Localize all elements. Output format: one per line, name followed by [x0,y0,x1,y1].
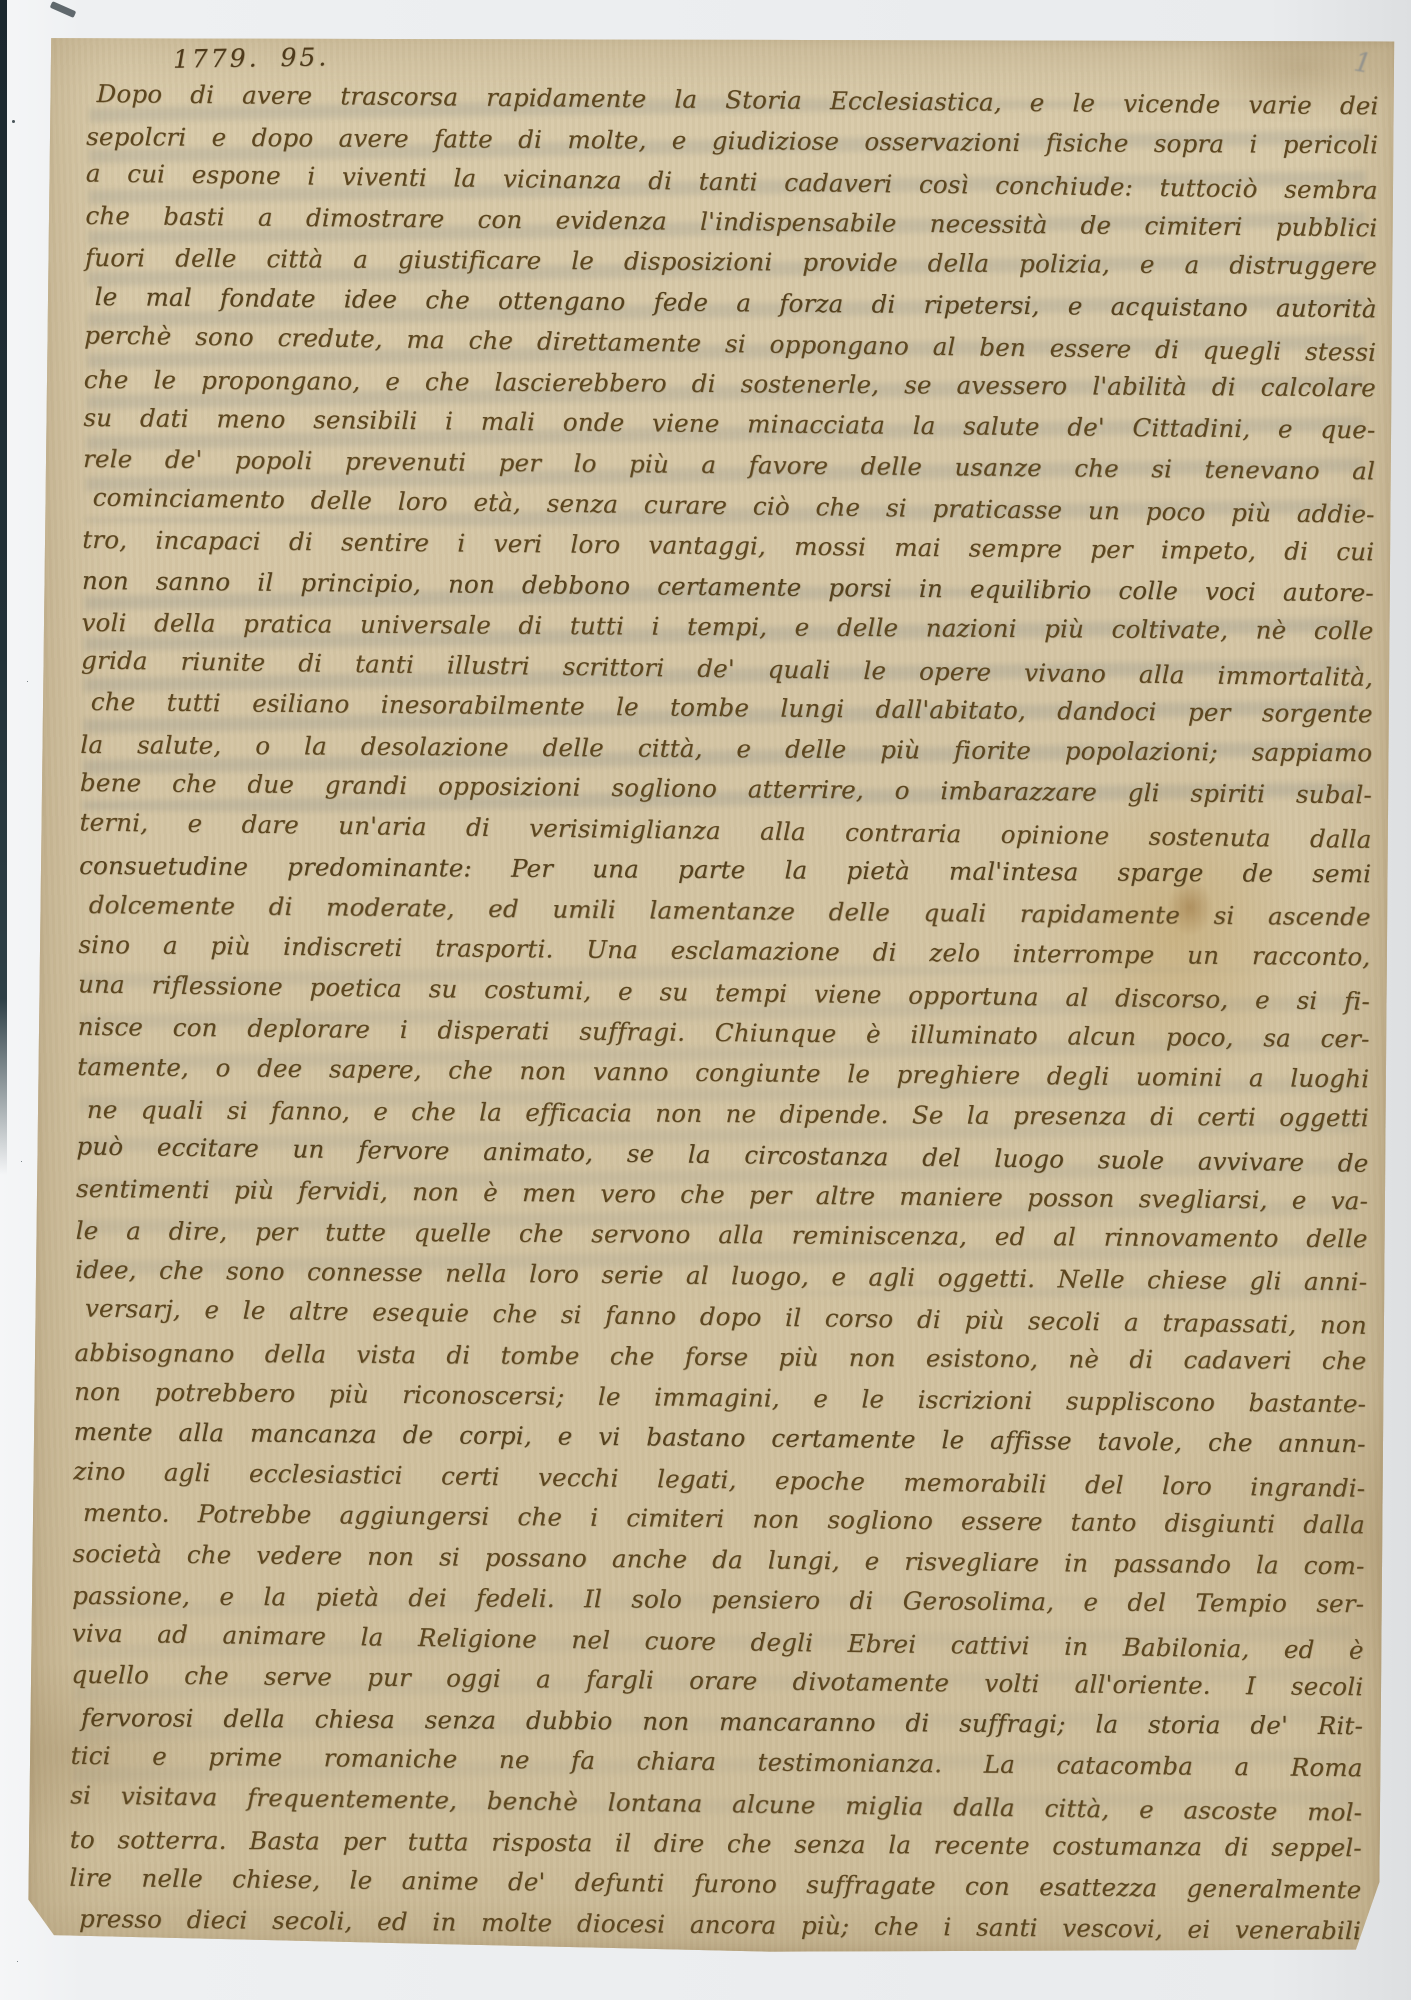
archival-number: 1779. 95. [173,42,330,73]
manuscript-paper: 1779. 95. 1 Dopo di avere trascorsa rapi… [27,28,1397,1959]
manuscript-line: la salute, o la desolazione delle città,… [80,725,1372,774]
scanned-manuscript-page: 1779. 95. 1 Dopo di avere trascorsa rapi… [0,0,1411,2000]
scanner-edge-chip [50,1,77,18]
manuscript-line: fervorosi della chiesa senza dubbio non … [71,1698,1363,1747]
manuscript-line: abbisognano della vista di tombe che for… [74,1333,1366,1382]
manuscript-line: to sotterra. Basta per tutta risposta il… [70,1819,1362,1868]
manuscript-line: che le propongano, e che lascierebbero d… [84,360,1376,409]
manuscript-text: Dopo di avere trascorsa rapidamente la S… [27,28,1397,1959]
manuscript-line: fuori delle città a giustificare le disp… [85,238,1377,287]
dust-specks [12,120,15,123]
scanner-edge-bar [0,0,7,1175]
